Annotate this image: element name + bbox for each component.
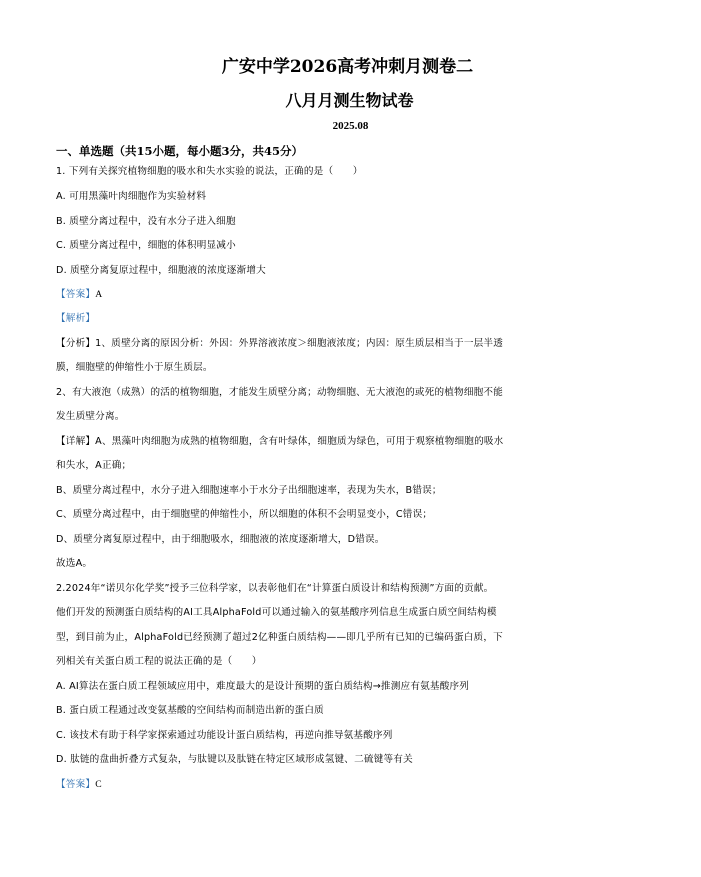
question-1-option-a: A. 可用黑藻叶肉细胞作为实验材料 (56, 191, 206, 203)
analysis-line: 发生质壁分离。 (56, 411, 125, 423)
question-2-option-c: C. 该技术有助于科学家探索通过功能设计蛋白质结构，再逆向推导氨基酸序列 (56, 730, 393, 742)
question-1-answer: 【答案】A (56, 289, 102, 301)
analysis-line: 【分析】1、质壁分离的原因分析：外因：外界溶液浓度＞细胞液浓度；内因：原生质层相… (56, 338, 503, 350)
answer-value: C (95, 779, 102, 790)
document-page: 广安中学2026高考冲刺月测卷二 八月月测生物试卷 2025.08 一、单选题（… (0, 0, 701, 877)
question-2-stem: 型，到目前为止，AlphaFold已经预测了超过2亿种蛋白质结构——即几乎所有已… (56, 632, 503, 644)
question-2-option-a: A. AI算法在蛋白质工程领域应用中，难度最大的是设计预期的蛋白质结构→推测应有… (56, 681, 469, 693)
question-2-stem: 2.2024年“诺贝尔化学奖”授予三位科学家，以表彰他们在“计算蛋白质设计和结构… (56, 583, 493, 595)
analysis-line: B、质壁分离过程中，水分子进入细胞速率小于水分子出细胞速率，表现为失水，B错误； (56, 485, 442, 497)
analysis-line: 2、有大液泡（成熟）的活的植物细胞，才能发生质壁分离；动物细胞、无大液泡的或死的… (56, 387, 503, 399)
exam-date: 2025.08 (0, 120, 701, 132)
answer-tag: 【答案】 (56, 779, 95, 790)
exam-title: 广安中学2026高考冲刺月测卷二 (0, 52, 701, 77)
question-2-option-d: D. 肽链的盘曲折叠方式复杂，与肽键以及肽链在特定区域形成氢键、二硫键等有关 (56, 754, 413, 766)
analysis-line: 故选A。 (56, 558, 92, 570)
question-2-stem: 列相关有关蛋白质工程的说法正确的是（ ） (56, 656, 262, 668)
answer-tag: 【答案】 (56, 289, 95, 300)
question-1-option-d: D. 质壁分离复原过程中，细胞液的浓度逐渐增大 (56, 265, 266, 277)
analysis-line: 【详解】A、黑藻叶肉细胞为成熟的植物细胞，含有叶绿体，细胞质为绿色，可用于观察植… (56, 436, 503, 448)
question-2-answer: 【答案】C (56, 779, 102, 791)
analysis-line: C、质壁分离过程中，由于细胞壁的伸缩性小，所以细胞的体积不会明显变小，C错误； (56, 509, 432, 521)
question-1-option-b: B. 质壁分离过程中，没有水分子进入细胞 (56, 216, 236, 228)
exam-subtitle: 八月月测生物试卷 (0, 88, 701, 111)
analysis-tag: 【解析】 (56, 313, 95, 325)
section-heading: 一、单选题（共15小题，每小题3分，共45分） (56, 143, 303, 159)
analysis-line: 和失水，A正确； (56, 460, 131, 472)
analysis-line: D、质壁分离复原过程中，由于细胞吸水，细胞液的浓度逐渐增大，D错误。 (56, 534, 385, 546)
answer-value: A (95, 289, 102, 300)
question-1-option-c: C. 质壁分离过程中，细胞的体积明显减小 (56, 240, 236, 252)
question-2-stem: 他们开发的预测蛋白质结构的AI工具AlphaFold可以通过输入的氨基酸序列信息… (56, 607, 497, 619)
question-1-stem: 1. 下列有关探究植物细胞的吸水和失水实验的说法，正确的是（ ） (56, 166, 363, 178)
question-2-option-b: B. 蛋白质工程通过改变氨基酸的空间结构而制造出新的蛋白质 (56, 705, 324, 717)
analysis-line: 膜，细胞壁的伸缩性小于原生质层。 (56, 362, 213, 374)
